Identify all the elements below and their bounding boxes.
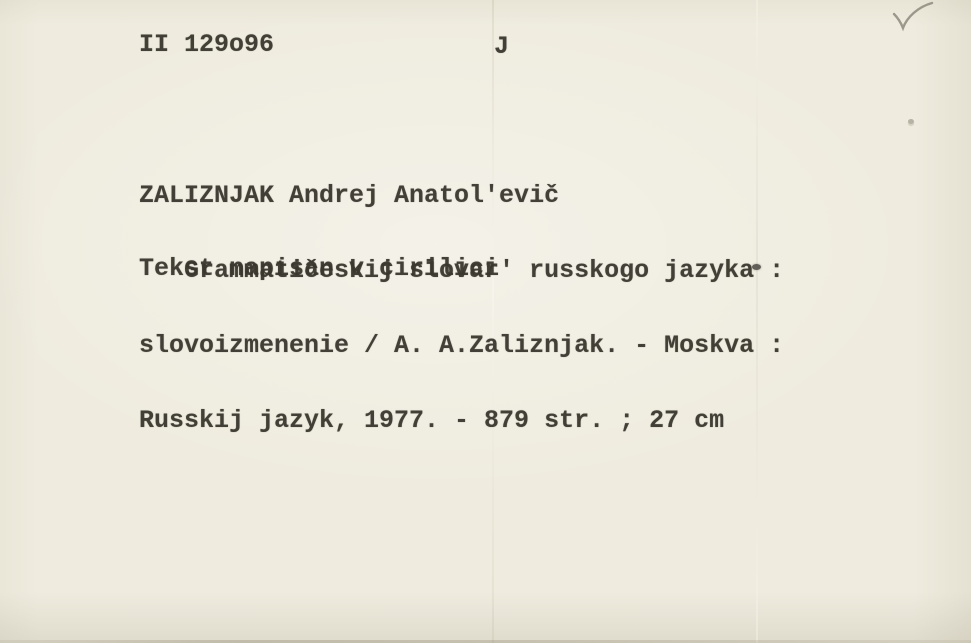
call-number: II 129o96: [139, 32, 274, 57]
entry-imprint-line: Russkij jazyk, 1977. - 879 str. ; 27 cm: [139, 408, 784, 433]
entry-statement-line: slovoizmenenie / A. A.Zaliznjak. - Moskv…: [139, 333, 784, 358]
bibliographic-entry: ZALIZNJAK Andrej Anatol'evič Grammatičes…: [139, 133, 784, 483]
shelf-letter: J: [494, 34, 509, 59]
pencil-checkmark-icon: [888, 1, 938, 35]
entry-heading-line: ZALIZNJAK Andrej Anatol'evič: [139, 183, 784, 208]
paper-smudge: [908, 119, 914, 124]
language-note: Tekst napisan v cirilici: [139, 256, 499, 281]
catalog-card-scan: II 129o96 J ZALIZNJAK Andrej Anatol'evič…: [0, 0, 971, 643]
